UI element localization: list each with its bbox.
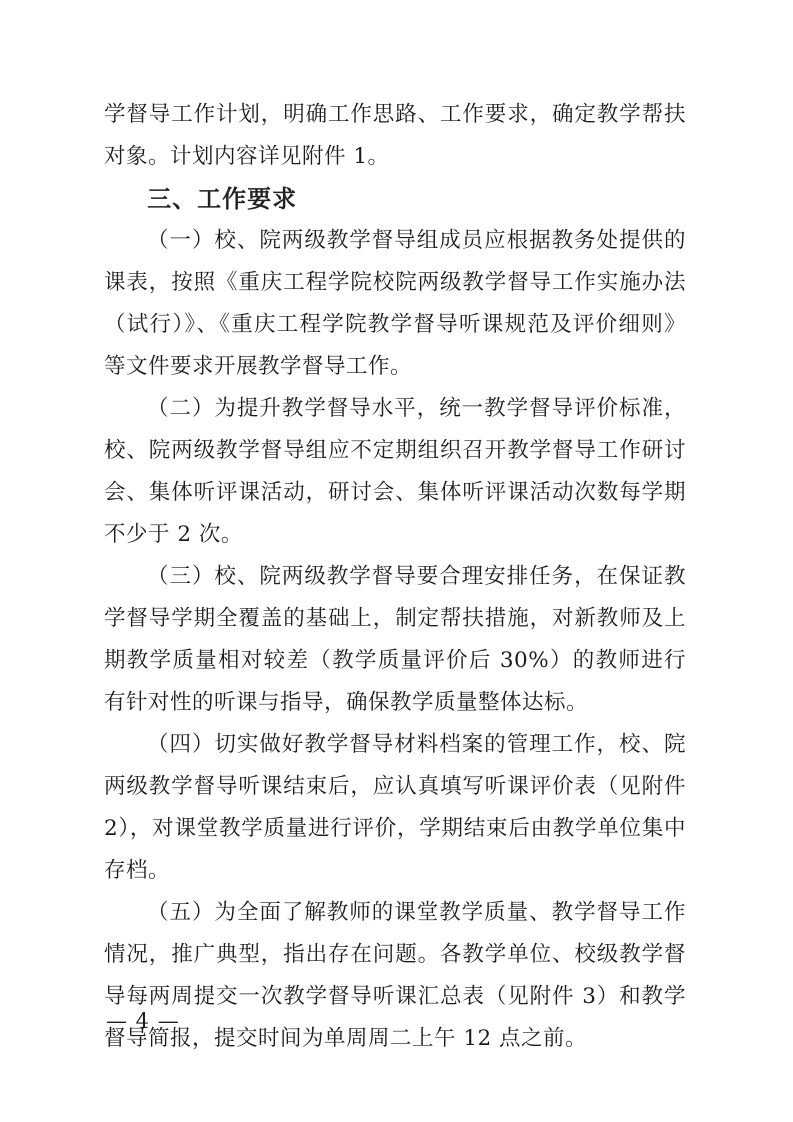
paragraph-requirement-5: （五）为全面了解教师的课堂教学质量、教学督导工作情况，推广典型，指出存在问题。各… xyxy=(104,892,686,1060)
paragraph-continuation: 学督导工作计划，明确工作思路、工作要求，确定教学帮扶对象。计划内容详见附件 1。 xyxy=(104,94,686,178)
paragraph-requirement-3: （三）校、院两级教学督导要合理安排任务，在保证教学督导学期全覆盖的基础上，制定帮… xyxy=(104,556,686,724)
document-page: 学督导工作计划，明确工作思路、工作要求，确定教学帮扶对象。计划内容详见附件 1。… xyxy=(0,0,793,1122)
paragraph-requirement-4: （四）切实做好教学督导材料档案的管理工作，校、院两级教学督导听课结束后，应认真填… xyxy=(104,724,686,892)
page-number: — 4 — xyxy=(106,1006,180,1036)
section-heading-work-requirements: 三、工作要求 xyxy=(104,178,686,220)
document-body: 学督导工作计划，明确工作思路、工作要求，确定教学帮扶对象。计划内容详见附件 1。… xyxy=(104,94,686,1060)
paragraph-requirement-1: （一）校、院两级教学督导组成员应根据教务处提供的课表，按照《重庆工程学院校院两级… xyxy=(104,220,686,388)
paragraph-requirement-2: （二）为提升教学督导水平，统一教学督导评价标准，校、院两级教学督导组应不定期组织… xyxy=(104,388,686,556)
